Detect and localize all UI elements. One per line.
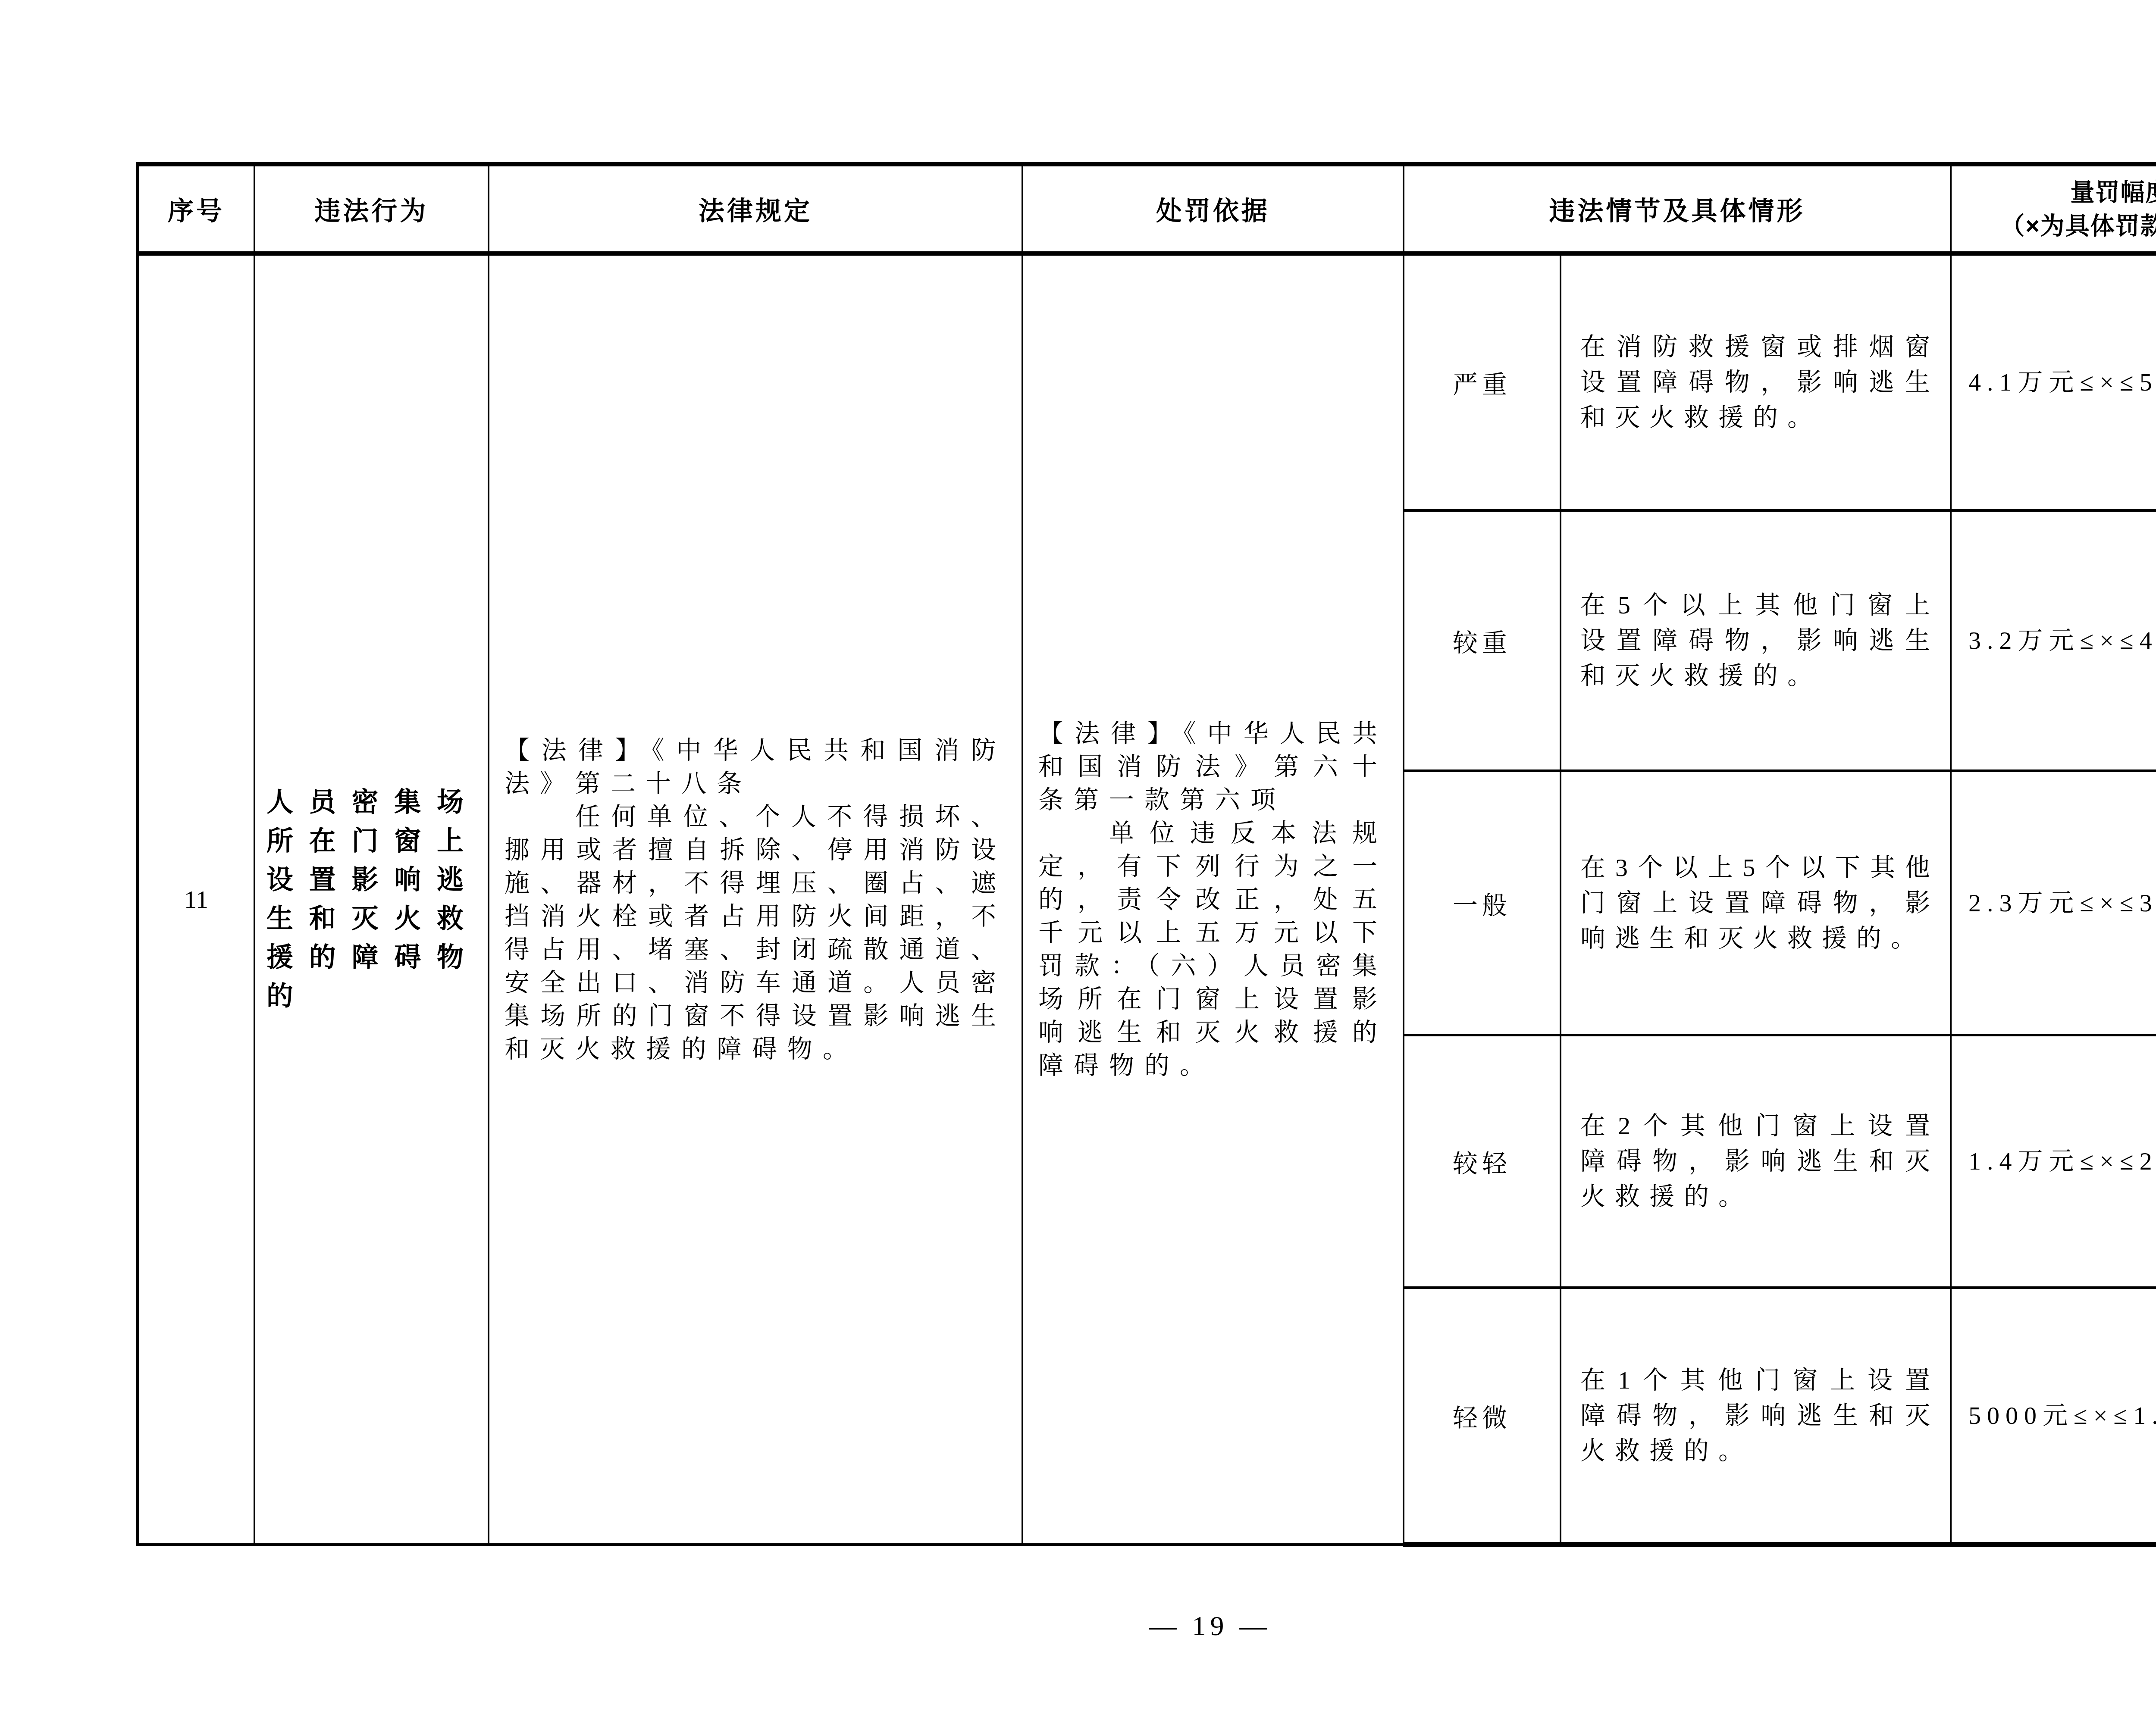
situation-cell: 在3个以上5个以下其他门窗上设置障碍物，影响逃生和灭火救援的。	[1561, 771, 1951, 1035]
law-cell: 【法律】《中华人民共和国消防法》第二十八条 任何单位、个人不得损坏、挪用或者擅自…	[489, 253, 1022, 1545]
severity-level: 较轻	[1404, 1035, 1561, 1288]
behavior-cell: 人员密集场所在门窗上设置影响逃生和灭火救援的障碍物的	[254, 253, 489, 1545]
header-law: 法律规定	[489, 164, 1022, 253]
situation-cell: 在消防救援窗或排烟窗设置障碍物，影响逃生和灭火救援的。	[1561, 253, 1951, 510]
situation-text: 在2个其他门窗上设置障碍物，影响逃生和灭火救援的。	[1561, 1108, 1950, 1214]
situation-text: 在消防救援窗或排烟窗设置障碍物，影响逃生和灭火救援的。	[1561, 329, 1950, 435]
situation-text: 在3个以上5个以下其他门窗上设置障碍物，影响逃生和灭火救援的。	[1561, 850, 1950, 956]
situation-text: 在1个其他门窗上设置障碍物，影响逃生和灭火救援的。	[1561, 1363, 1950, 1469]
basis-cell: 【法律】《中华人民共和国消防法》第六十条第一款第六项 单位违反本法规定，有下列行…	[1022, 253, 1404, 1545]
range-cell: 1.4万元≤×≤2.3万元	[1951, 1035, 2156, 1288]
header-range-note: （×为具体罚款金额）	[1952, 209, 2156, 243]
header-range: 量罚幅度 （×为具体罚款金额）	[1951, 164, 2156, 253]
document-page: 序号 违法行为 法律规定 处罚依据 违法情节及具体情形 量罚幅度 （×为具体罚款…	[0, 0, 2156, 1711]
header-range-title: 量罚幅度	[1952, 175, 2156, 209]
range-cell: 2.3万元≤×≤3.2万元	[1951, 771, 2156, 1035]
law-paragraph-2: 任何单位、个人不得损坏、挪用或者擅自拆除、停用消防设施、器材，不得埋压、圈占、遮…	[505, 800, 1006, 1066]
range-cell: 3.2万元≤×≤4.1万元	[1951, 510, 2156, 771]
seq-cell: 11	[138, 253, 254, 1545]
law-paragraph-1: 【法律】《中华人民共和国消防法》第二十八条	[505, 734, 1006, 800]
basis-paragraph-1: 【法律】《中华人民共和国消防法》第六十条第一款第六项	[1038, 717, 1388, 816]
situation-cell: 在2个其他门窗上设置障碍物，影响逃生和灭火救援的。	[1561, 1035, 1951, 1288]
penalty-range: 1.4万元≤×≤2.3万元	[1952, 1141, 2156, 1182]
severity-row: 11 人员密集场所在门窗上设置影响逃生和灭火救援的障碍物的 【法律】《中华人民共…	[138, 253, 2156, 510]
situation-cell: 在5个以上其他门窗上设置障碍物，影响逃生和灭火救援的。	[1561, 510, 1951, 771]
penalty-range: 3.2万元≤×≤4.1万元	[1952, 620, 2156, 661]
page-number: — 19 —	[0, 1610, 2156, 1642]
severity-level: 严重	[1404, 253, 1561, 510]
header-basis: 处罚依据	[1022, 164, 1404, 253]
penalty-table: 序号 违法行为 法律规定 处罚依据 违法情节及具体情形 量罚幅度 （×为具体罚款…	[136, 162, 2156, 1547]
header-circumstances: 违法情节及具体情形	[1404, 164, 1951, 253]
penalty-range: 2.3万元≤×≤3.2万元	[1952, 883, 2156, 923]
situation-cell: 在1个其他门窗上设置障碍物，影响逃生和灭火救援的。	[1561, 1288, 1951, 1545]
range-cell: 5000元≤×≤1.4万元	[1951, 1288, 2156, 1545]
severity-level: 较重	[1404, 510, 1561, 771]
penalty-range: 5000元≤×≤1.4万元	[1952, 1395, 2156, 1436]
behavior-text: 人员密集场所在门窗上设置影响逃生和灭火救援的障碍物的	[255, 783, 488, 1016]
basis-paragraph-2: 单位违反本法规定，有下列行为之一的，责令改正，处五千元以上五万元以下罚款：（六）…	[1038, 816, 1388, 1082]
header-behavior: 违法行为	[254, 164, 489, 253]
situation-text: 在5个以上其他门窗上设置障碍物，影响逃生和灭火救援的。	[1561, 588, 1950, 694]
header-seq: 序号	[138, 164, 254, 253]
table-header-row: 序号 违法行为 法律规定 处罚依据 违法情节及具体情形 量罚幅度 （×为具体罚款…	[138, 164, 2156, 253]
penalty-range: 4.1万元≤×≤5万元	[1952, 362, 2156, 403]
range-cell: 4.1万元≤×≤5万元	[1951, 253, 2156, 510]
severity-level: 一般	[1404, 771, 1561, 1035]
severity-level: 轻微	[1404, 1288, 1561, 1545]
